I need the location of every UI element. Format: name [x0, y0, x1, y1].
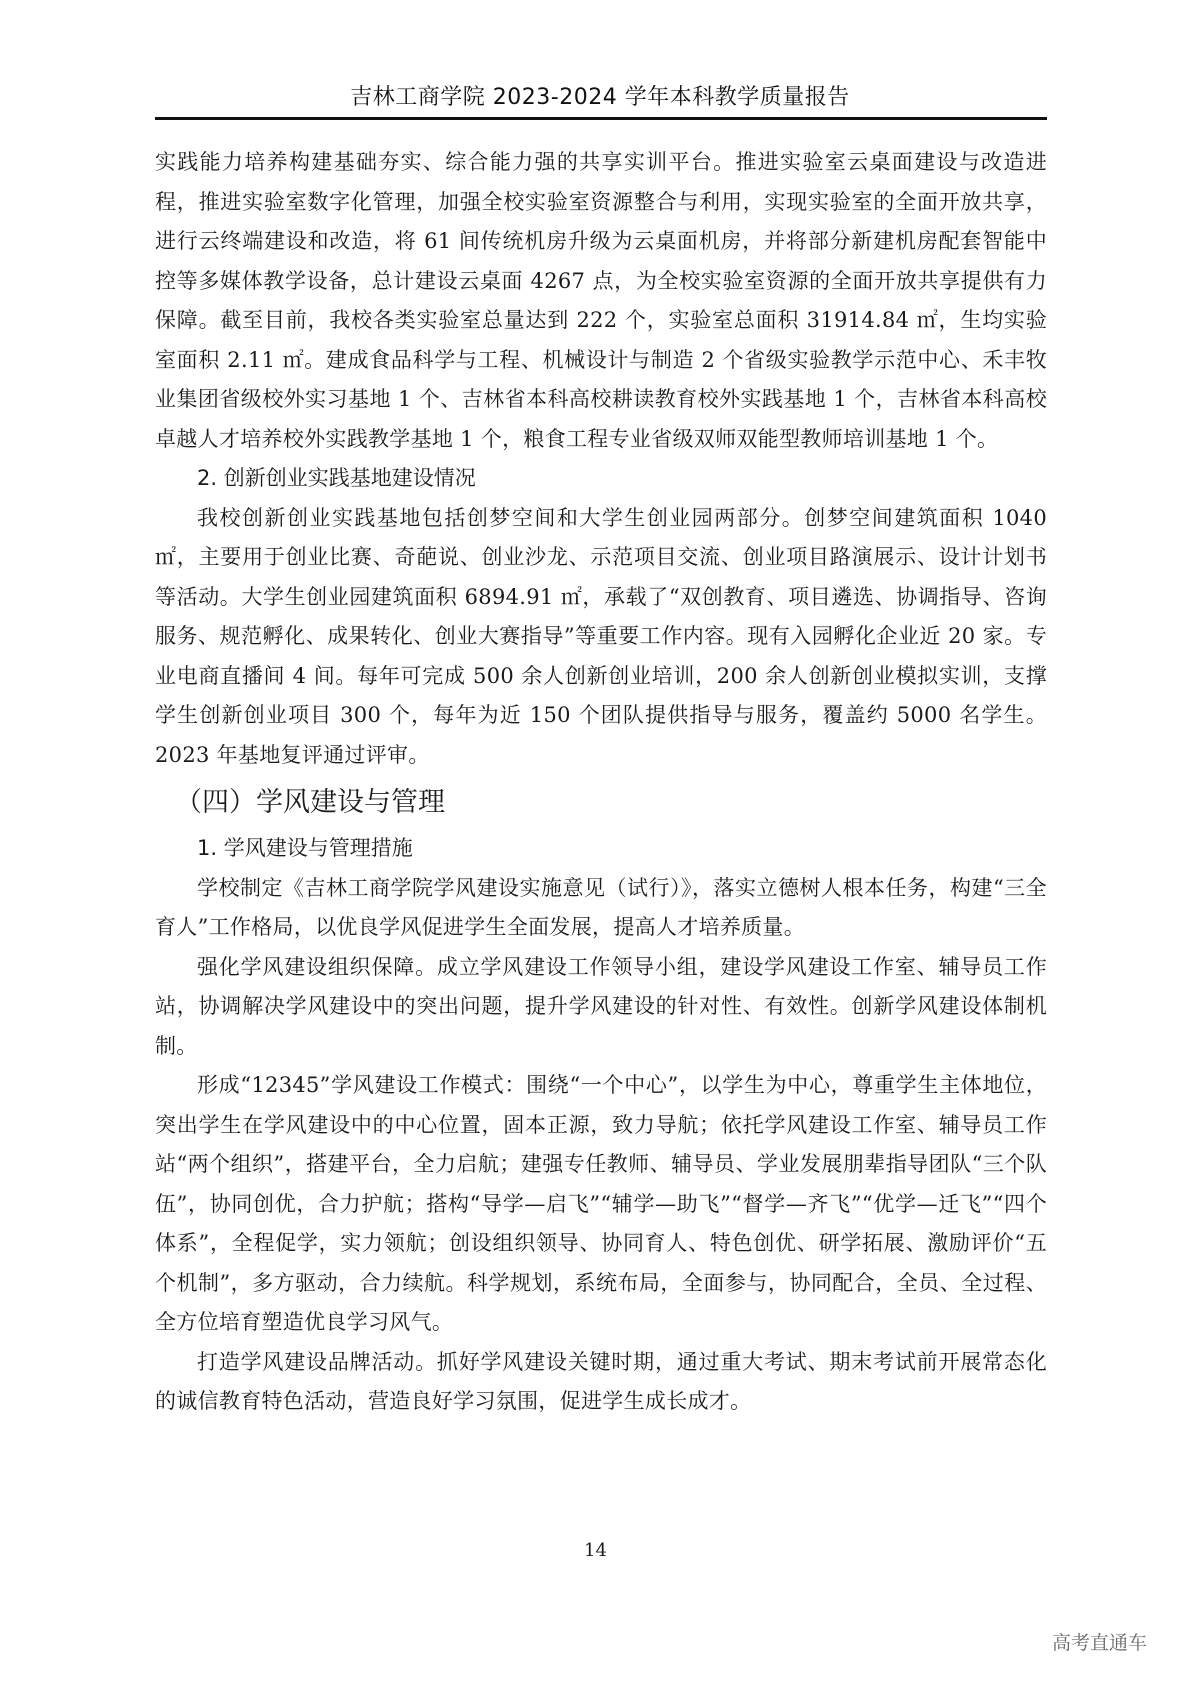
subheading-innovation-base: 2. 创新创业实践基地建设情况 — [155, 459, 1047, 499]
page-body: 实践能力培养构建基础夯实、综合能力强的共享实训平台。推进实验室云桌面建设与改造进… — [155, 143, 1047, 1422]
paragraph-study-style-policy: 学校制定《吉林工商学院学风建设实施意见（试行）》，落实立德树人根本任务，构建“三… — [155, 869, 1047, 948]
report-header-title: 吉林工商学院 2023-2024 学年本科教学质量报告 — [150, 80, 1050, 111]
paragraph-12345-model: 形成“12345”学风建设工作模式：围绕“一个中心”，以学生为中心，尊重学生主体… — [155, 1066, 1047, 1343]
paragraph-organization-guarantee: 强化学风建设组织保障。成立学风建设工作领导小组，建设学风建设工作室、辅导员工作站… — [155, 948, 1047, 1067]
paragraph-innovation-base: 我校创新创业实践基地包括创梦空间和大学生创业园两部分。创梦空间建筑面积 1040… — [155, 499, 1047, 776]
paragraph-lab-platform: 实践能力培养构建基础夯实、综合能力强的共享实训平台。推进实验室云桌面建设与改造进… — [155, 143, 1047, 459]
page-number: 14 — [0, 1540, 1191, 1561]
section-heading-study-style: （四）学风建设与管理 — [155, 781, 1047, 825]
header-divider — [155, 117, 1047, 120]
watermark-text: 高考直通车 — [1052, 1628, 1147, 1655]
paragraph-brand-activities: 打造学风建设品牌活动。抓好学风建设关键时期，通过重大考试、期末考试前开展常态化的… — [155, 1343, 1047, 1422]
subheading-study-style-measures: 1. 学风建设与管理措施 — [155, 829, 1047, 869]
